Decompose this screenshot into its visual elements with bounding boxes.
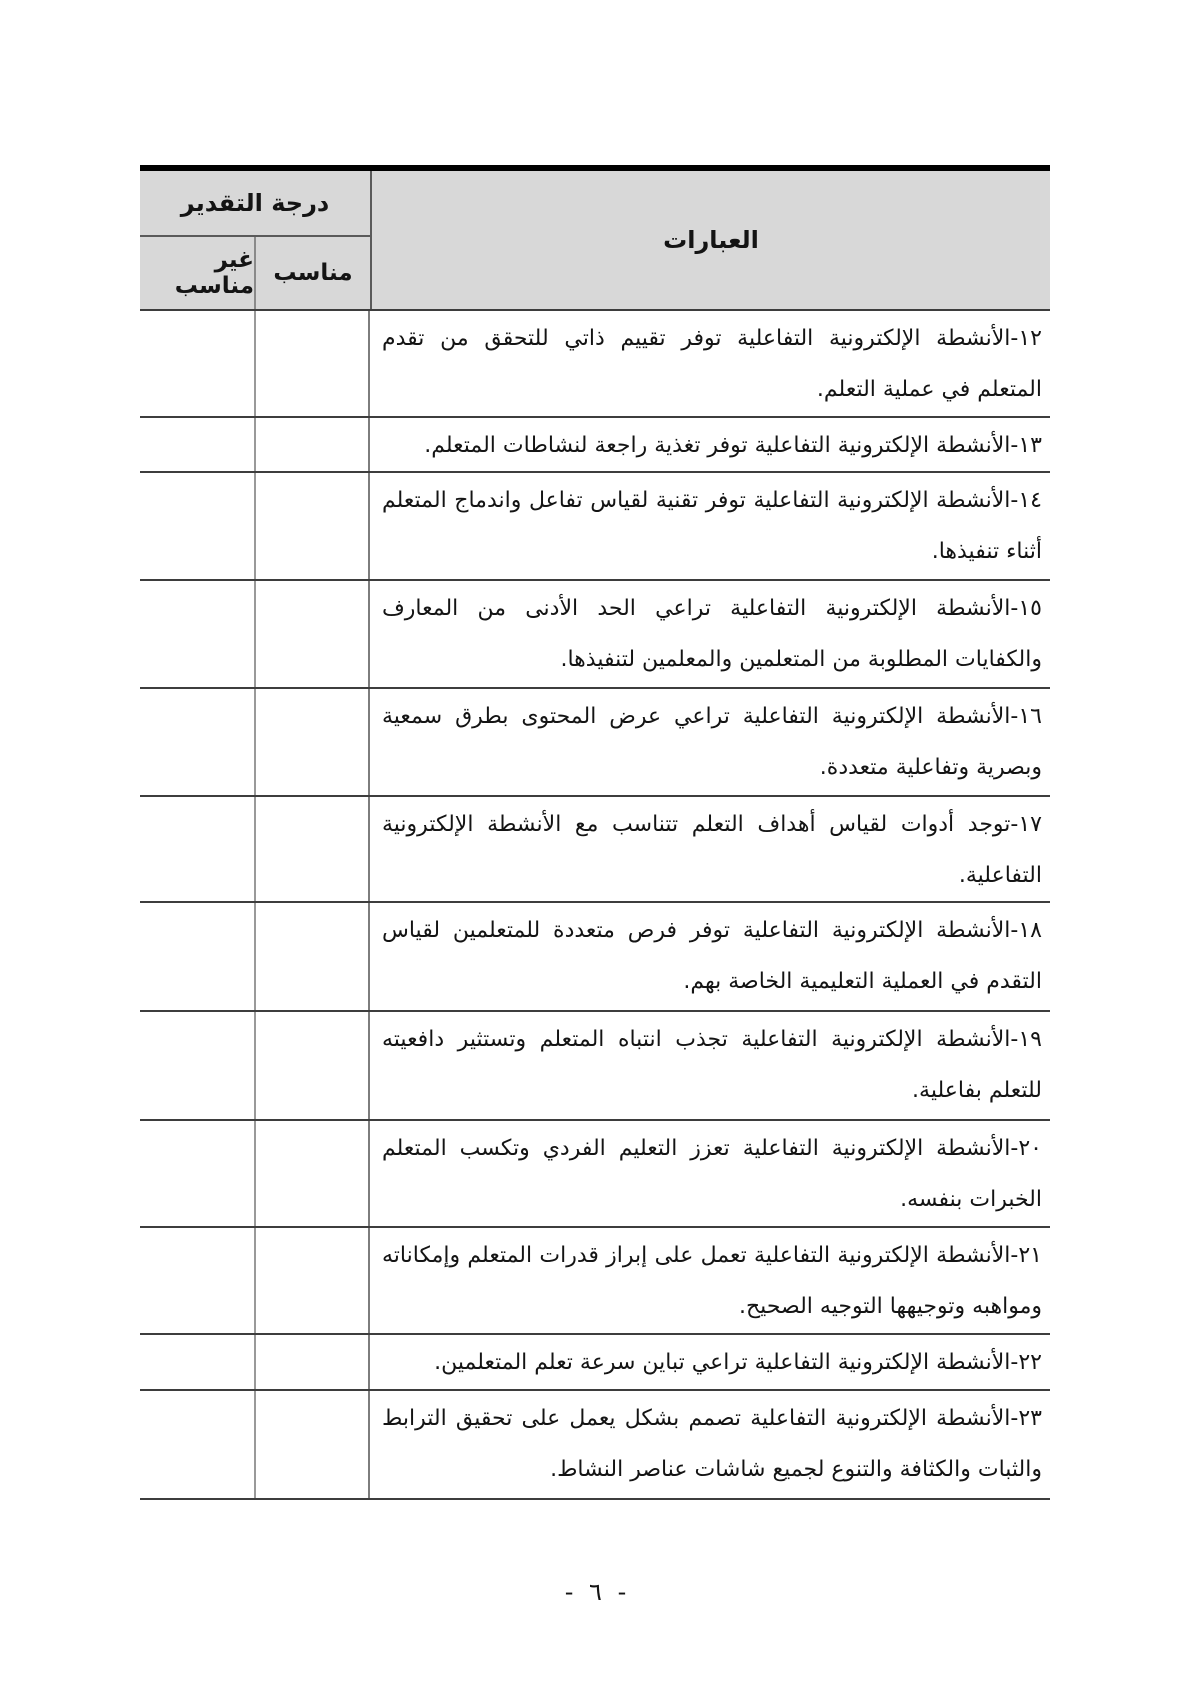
unsuitable-rating-cell bbox=[140, 311, 256, 416]
statement-cell: ١٢-الأنشطة الإلكترونية التفاعلية توفر تق… bbox=[370, 311, 1050, 416]
document-page: درجة التقدير غير مناسب مناسب العبارات ١٢… bbox=[0, 0, 1191, 1684]
unsuitable-rating-cell bbox=[140, 1335, 256, 1389]
statement-cell: ١٥-الأنشطة الإلكترونية التفاعلية تراعي ا… bbox=[370, 581, 1050, 687]
page-number: - ٦ - bbox=[0, 1578, 1191, 1606]
rating-degree-header-group: درجة التقدير غير مناسب مناسب bbox=[140, 171, 370, 309]
rating-subheader-row: غير مناسب مناسب bbox=[140, 237, 370, 309]
suitable-rating-cell bbox=[256, 311, 370, 416]
statement-cell: ١٦-الأنشطة الإلكترونية التفاعلية تراعي ع… bbox=[370, 689, 1050, 795]
unsuitable-rating-cell bbox=[140, 689, 256, 795]
table-row: ٢١-الأنشطة الإلكترونية التفاعلية تعمل عل… bbox=[140, 1228, 1050, 1335]
unsuitable-rating-cell bbox=[140, 473, 256, 579]
statement-cell: ١٨-الأنشطة الإلكترونية التفاعلية توفر فر… bbox=[370, 903, 1050, 1010]
suitable-rating-cell bbox=[256, 903, 370, 1010]
suitable-rating-cell bbox=[256, 797, 370, 901]
table-row: ١٤-الأنشطة الإلكترونية التفاعلية توفر تق… bbox=[140, 473, 1050, 581]
suitable-rating-cell bbox=[256, 473, 370, 579]
statement-cell: ٢٢-الأنشطة الإلكترونية التفاعلية تراعي ت… bbox=[370, 1335, 1050, 1389]
table-row: ١٦-الأنشطة الإلكترونية التفاعلية تراعي ع… bbox=[140, 689, 1050, 797]
table-row: ١٥-الأنشطة الإلكترونية التفاعلية تراعي ا… bbox=[140, 581, 1050, 689]
table-row: ٢٠-الأنشطة الإلكترونية التفاعلية تعزز ال… bbox=[140, 1121, 1050, 1228]
unsuitable-rating-cell bbox=[140, 418, 256, 471]
statement-cell: ١٧-توجد أدوات لقياس أهداف التعلم تتناسب … bbox=[370, 797, 1050, 901]
unsuitable-rating-cell bbox=[140, 1121, 256, 1226]
table-row: ٢٣-الأنشطة الإلكترونية التفاعلية تصمم بش… bbox=[140, 1391, 1050, 1500]
unsuitable-rating-cell bbox=[140, 797, 256, 901]
table-row: ١٨-الأنشطة الإلكترونية التفاعلية توفر فر… bbox=[140, 903, 1050, 1012]
unsuitable-rating-cell bbox=[140, 581, 256, 687]
suitable-column-header: مناسب bbox=[256, 237, 370, 309]
suitable-rating-cell bbox=[256, 1391, 370, 1498]
table-row: ١٣-الأنشطة الإلكترونية التفاعلية توفر تغ… bbox=[140, 418, 1050, 473]
unsuitable-rating-cell bbox=[140, 1012, 256, 1119]
statement-cell: ١٩-الأنشطة الإلكترونية التفاعلية تجذب ان… bbox=[370, 1012, 1050, 1119]
table-row: ١٩-الأنشطة الإلكترونية التفاعلية تجذب ان… bbox=[140, 1012, 1050, 1121]
unsuitable-column-header: غير مناسب bbox=[140, 237, 256, 309]
table-row: ١٢-الأنشطة الإلكترونية التفاعلية توفر تق… bbox=[140, 311, 1050, 418]
statement-cell: ٢٠-الأنشطة الإلكترونية التفاعلية تعزز ال… bbox=[370, 1121, 1050, 1226]
suitable-rating-cell bbox=[256, 1012, 370, 1119]
suitable-rating-cell bbox=[256, 1228, 370, 1333]
suitable-rating-cell bbox=[256, 1335, 370, 1389]
statement-cell: ١٤-الأنشطة الإلكترونية التفاعلية توفر تق… bbox=[370, 473, 1050, 579]
statements-column-header: العبارات bbox=[370, 171, 1050, 309]
statement-cell: ٢٣-الأنشطة الإلكترونية التفاعلية تصمم بش… bbox=[370, 1391, 1050, 1498]
suitable-rating-cell bbox=[256, 418, 370, 471]
table-body: ١٢-الأنشطة الإلكترونية التفاعلية توفر تق… bbox=[140, 311, 1050, 1500]
table-row: ١٧-توجد أدوات لقياس أهداف التعلم تتناسب … bbox=[140, 797, 1050, 903]
unsuitable-rating-cell bbox=[140, 903, 256, 1010]
statement-cell: ١٣-الأنشطة الإلكترونية التفاعلية توفر تغ… bbox=[370, 418, 1050, 471]
rating-degree-header-cell: درجة التقدير bbox=[140, 171, 370, 237]
suitable-rating-cell bbox=[256, 689, 370, 795]
unsuitable-rating-cell bbox=[140, 1228, 256, 1333]
table-row: ٢٢-الأنشطة الإلكترونية التفاعلية تراعي ت… bbox=[140, 1335, 1050, 1391]
table-header: درجة التقدير غير مناسب مناسب العبارات bbox=[140, 171, 1050, 311]
suitable-rating-cell bbox=[256, 581, 370, 687]
suitable-rating-cell bbox=[256, 1121, 370, 1226]
survey-table: درجة التقدير غير مناسب مناسب العبارات ١٢… bbox=[140, 165, 1050, 1500]
unsuitable-rating-cell bbox=[140, 1391, 256, 1498]
statement-cell: ٢١-الأنشطة الإلكترونية التفاعلية تعمل عل… bbox=[370, 1228, 1050, 1333]
